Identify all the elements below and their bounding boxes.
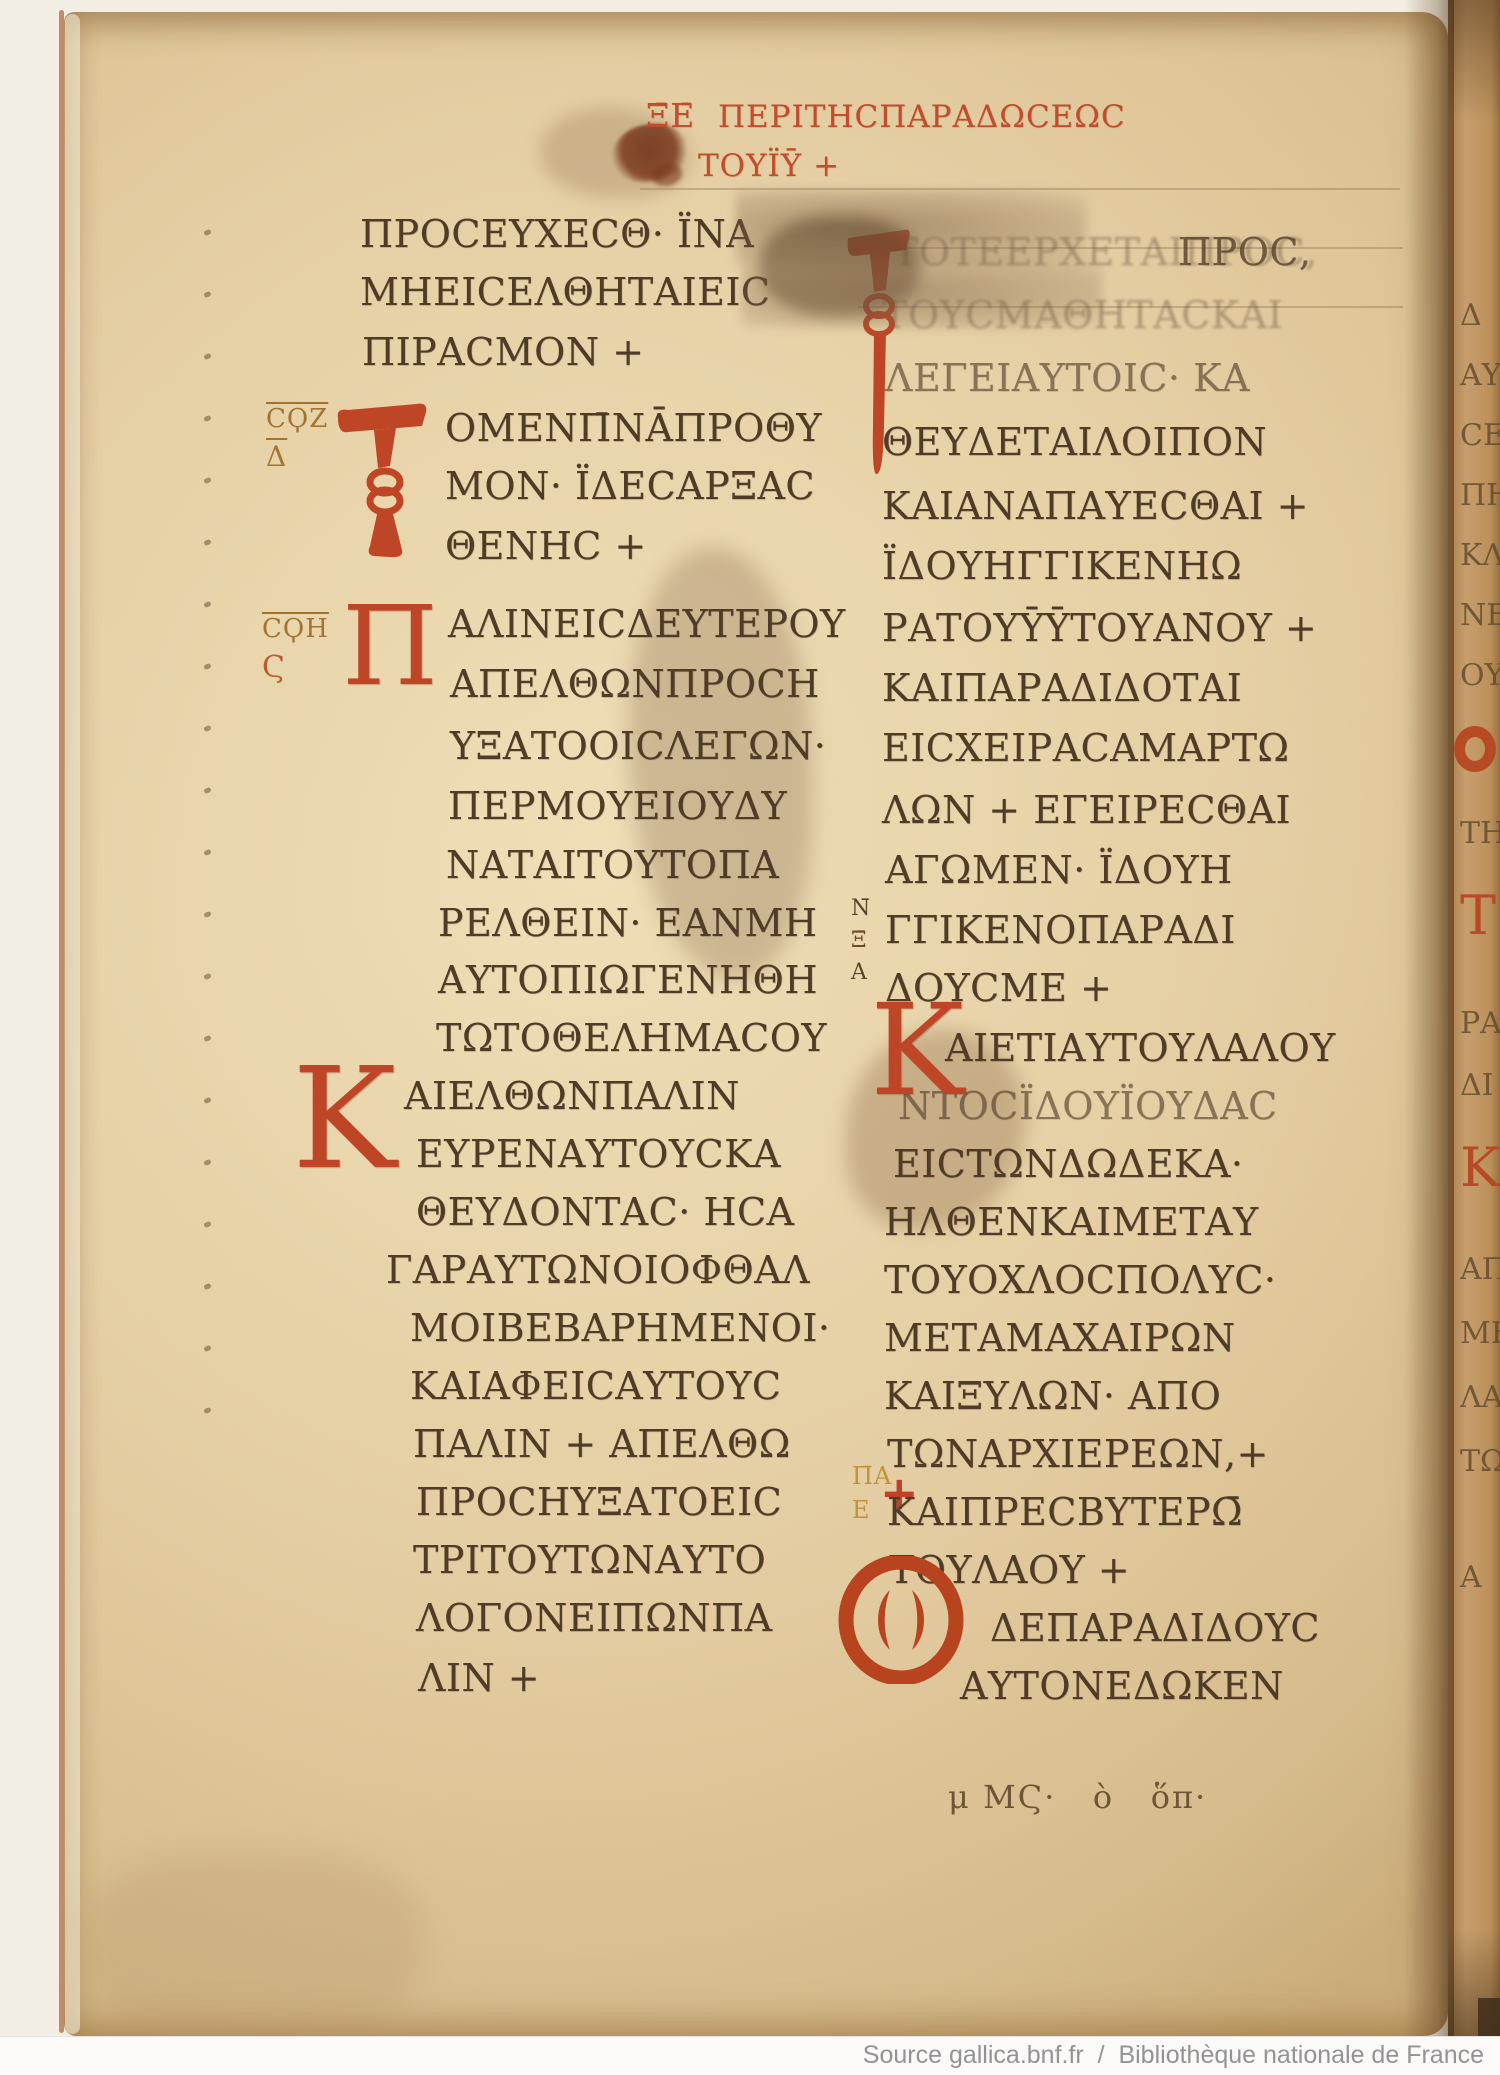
pricking-mark [203,477,211,484]
manuscript-line-left: ΓΑΡΑΥΤΩΝΟΙΟΦΘΑΛ [386,1248,810,1292]
facing-text-fragment: ϹΕ [1460,418,1500,453]
manuscript-line-left: ΚΑΙΑΦΕΙϹΑΥΤΟΥϹ [410,1364,781,1408]
pricking-mark [203,787,211,794]
screenshot-root: ΔΑΥϹΕΠΗΚΛΝΕΟΥΤΗΤΡΑΔΙΚΑΠΜΕΛΑΤΩΑ Ξ̄Ε̄ ΠΕΡΙ… [0,0,1500,2075]
manuscript-line-right: ΡΑΤΟΥῩῩΤΟΥΑΝ̄ΟΥ + [882,606,1317,650]
manuscript-line-right: ΪΔΟΥΗΓΓΙΚΕΝΗΩ [882,544,1242,588]
manuscript-line-right: ΑΥΤΟΝΕΔΩΚΕΝ [960,1664,1284,1708]
manuscript-line-left: ΠΕΡΜΟΥΕΙΟΥΔΥ [448,784,787,828]
chapter-number: Ξ̄Ε̄ [646,96,695,135]
pricking-mark [203,601,211,608]
manuscript-line-right: ΚΑΙΑΝΑΠΑΥΕϹΘΑΙ + [882,484,1309,528]
manuscript-line-left: ΜΗΕΙϹΕΛΘΗΤΑΙΕΙϹ [360,270,770,314]
manuscript-line-left: ΑΛΙΝΕΙϹΔΕΥΤΕΡΟΥ [448,602,846,646]
facing-text-fragment: ΑΥ [1460,358,1500,393]
facing-text-fragment: ΚΛ [1460,538,1500,573]
facing-text-fragment: ΤΩ [1460,1444,1500,1479]
facing-text-fragment: ΡΑ [1460,1006,1500,1041]
pricking-mark [203,1159,211,1166]
rubric-title-line1: ΠΕΡΙΤΗϹΠΑΡΑΔΩϹΕΩϹ [718,99,1126,135]
ink-blot [652,164,682,186]
pricking-mark [203,291,211,298]
colophon-note: μ ΜϚ· ὸ ὅπ· [948,1778,1207,1816]
margin-mark: Ε [852,1496,871,1524]
pricking-mark [203,1221,211,1228]
rubric-title-line2: ΤΟΥΪῩ + [698,148,840,184]
manuscript-line-left: ΤΩΤΟΘΕΛΗΜΑϹΟΥ [436,1016,827,1060]
manuscript-line-right: ΚΑΙΠΑΡΑΔΙΔΟΤΑΙ [882,666,1242,710]
manuscript-line-right: ΕΙϹΤΩΝΔΩΔΕΚΑ· [893,1142,1243,1186]
facing-text-fragment: ΟΥ [1460,658,1500,693]
page-edge-highlight [65,14,80,2034]
illuminated-initial-Τ [334,402,430,560]
illuminated-initial-Κ: Κ [292,1058,397,1181]
pricking-mark [203,973,211,980]
margin-mark: Δ [266,440,287,473]
pricking-mark [203,1345,211,1352]
illuminated-initial-Ο [838,1556,964,1684]
facing-page-top-shadow [1448,0,1500,120]
manuscript-line-left: ΘΕΥΔΟΝΤΑϹ· ΗϹΑ [416,1190,795,1234]
manuscript-line-left: ΜΟΙΒΕΒΑΡΗΜΕΝΟΙ· [410,1306,830,1350]
pricking-mark [203,415,211,422]
facing-initial-ring [1454,726,1496,772]
pricking-mark [203,1097,211,1104]
pricking-mark [203,539,211,546]
manuscript-line-right: ΗΛΘΕΝΚΑΙΜΕΤΑΥ [884,1200,1259,1244]
facing-text-fragment: ΜΕ [1460,1316,1500,1351]
manuscript-line-left: ΠΡΟϹΗΥΞΑΤΟΕΙϹ [416,1480,782,1524]
manuscript-line-right: ΔΕΠΑΡΑΔΙΔΟΥϹ [990,1606,1320,1650]
facing-text-fragment: Δ [1460,298,1482,333]
margin-mark: Ϛ [262,650,286,685]
pricking-mark [203,1035,211,1042]
manuscript-line-right: ΓΓΙΚΕΝΟΠΑΡΑΔΙ [885,908,1236,952]
manuscript-line-left: ΑΥΤΟΠΙΩΓΕΝΗΘΗ [438,958,818,1002]
manuscript-line-left: ΡΕΛΘΕΙΝ· ΕΑΝΜΗ [438,901,818,945]
manuscript-line-left: ΑΙΕΛΘΩΝΠΑΛΙΝ [404,1074,740,1118]
illuminated-initial-Τ [846,226,912,481]
manuscript-line-right: ΚΑΙΞΥΛΩΝ· ΑΠΟ [884,1374,1221,1418]
pricking-mark [203,229,211,236]
manuscript-line-right: ΤΟΥϹΜΑΘΗΤΑϹΚΑΙ [882,293,1283,337]
pricking-mark [203,1283,211,1290]
illuminated-initial-Π: Π [342,598,438,695]
margin-mark: ϹϘΗ [262,614,329,644]
facing-text-fragment: Τ [1460,884,1496,947]
pricking-mark [203,911,211,918]
manuscript-line-right: ΜΕΤΑΜΑΧΑΙΡΩΝ [884,1316,1236,1360]
manuscript-line-right: ΑΙΕΤΙΑΥΤΟΥΛΑΛΟΥ [945,1026,1336,1070]
pricking-mark [203,1407,211,1414]
manuscript-line-right: ΚΑΙΠΡΕϹΒΥΤΕΡΩ̄ [887,1490,1243,1534]
facing-text-fragment: ΛΑ [1460,1380,1500,1415]
parchment-stain [84,1850,424,2035]
attribution-text: Source gallica.bnf.fr / Bibliothèque nat… [863,2041,1484,2069]
manuscript-line-left: ΜΟΝ· ΪΔΕϹΑΡΞΑϹ [445,464,815,508]
gutter-shadow [1404,0,1454,2036]
facing-text-fragment: ΔΙ [1460,1068,1494,1103]
ruling-line [640,188,1400,190]
manuscript-line-right: ΘΕΥΔΕΤΑΙΛΟΙΠΟΝ [882,420,1267,464]
manuscript-line-right: ΠΡΟϹ, [1178,230,1312,274]
parchment-page: Ξ̄Ε̄ ΠΕΡΙΤΗϹΠΑΡΑΔΩϹΕΩϹ ΤΟΥΪῩ + ϹϘΖΔϹϘΗϚΝ… [64,12,1448,2036]
page-left-edge [59,10,64,2033]
manuscript-photo: ΔΑΥϹΕΠΗΚΛΝΕΟΥΤΗΤΡΑΔΙΚΑΠΜΕΛΑΤΩΑ Ξ̄Ε̄ ΠΕΡΙ… [0,0,1500,2036]
facing-text-fragment: ΠΗ [1460,478,1500,513]
pricking-mark [203,725,211,732]
manuscript-line-right: ΤΩΝΑΡΧΙΕΡΕΩΝ,+ [887,1432,1269,1476]
manuscript-line-right: ΕΙϹΧΕΙΡΑϹΑΜΑΡΤΩ [882,726,1289,770]
margin-mark: Α [851,960,868,985]
manuscript-line-left: ΕΥΡΕΝΑΥΤΟΥϹΚΑ [416,1132,781,1176]
manuscript-line-left: ΛΙΝ + [418,1656,540,1700]
facing-text-fragment: ΑΠ [1460,1252,1500,1287]
manuscript-line-left: ΘΕΝΗϹ + [445,524,647,568]
manuscript-line-left: ΠΙΡΑϹΜΟΝ + [362,330,644,374]
manuscript-line-right: ΑΓΩΜΕΝ· ΪΔΟΥΗ [885,848,1233,892]
facing-text-fragment: Α [1460,1560,1482,1595]
attribution-bar: Source gallica.bnf.fr / Bibliothèque nat… [0,2036,1500,2075]
manuscript-line-right: ΛΕΓΕΙΑΥΤΟΙϹ· ΚΑ [885,356,1250,400]
facing-text-fragment: ΤΗ [1460,816,1500,851]
manuscript-line-left: ΠΡΟϹΕΥΧΕϹΘ· ΪΝΑ [360,212,754,256]
margin-mark: Ν̄ [851,896,871,921]
pricking-mark [203,353,211,360]
manuscript-line-left: ΠΑΛΙΝ + ΑΠΕΛΘΩ [413,1422,791,1466]
margin-mark: Ξ̄ [851,928,867,953]
facing-text-fragment: Κ [1460,1136,1500,1199]
pricking-mark [203,849,211,856]
manuscript-line-left: ΝΑΤΑΙΤΟΥΤΟΠΑ [446,843,779,887]
manuscript-line-left: ΑΠΕΛΘΩΝΠΡΟϹΗ [450,662,820,706]
margin-mark: ϹϘΖ [266,404,328,434]
book-block-corner [1478,1998,1500,2036]
manuscript-line-right: ΛΩΝ + ΕΓΕΙΡΕϹΘΑΙ [882,788,1291,832]
facing-text-fragment: ΝΕ [1460,598,1500,633]
illuminated-initial-Κ: Κ [870,996,964,1107]
manuscript-line-right: ΤΟΥΟΧΛΟϹΠΟΛΥϹ· [884,1258,1276,1302]
manuscript-line-left: ΥΞΑΤΟΟΙϹΛΕΓΩΝ· [450,724,826,768]
manuscript-line-left: ΤΡΙΤΟΥΤΩΝΑΥΤΟ [413,1538,766,1582]
manuscript-line-left: ΟΜΕΝΠ̄ΝᾹΠΡΟΘΥ [445,406,822,450]
manuscript-line-left: ΛΟΓΟΝΕΙΠΩΝΠΑ [416,1596,773,1640]
facing-page-edge: ΔΑΥϹΕΠΗΚΛΝΕΟΥΤΗΤΡΑΔΙΚΑΠΜΕΛΑΤΩΑ [1448,0,1500,2036]
pricking-mark [203,663,211,670]
